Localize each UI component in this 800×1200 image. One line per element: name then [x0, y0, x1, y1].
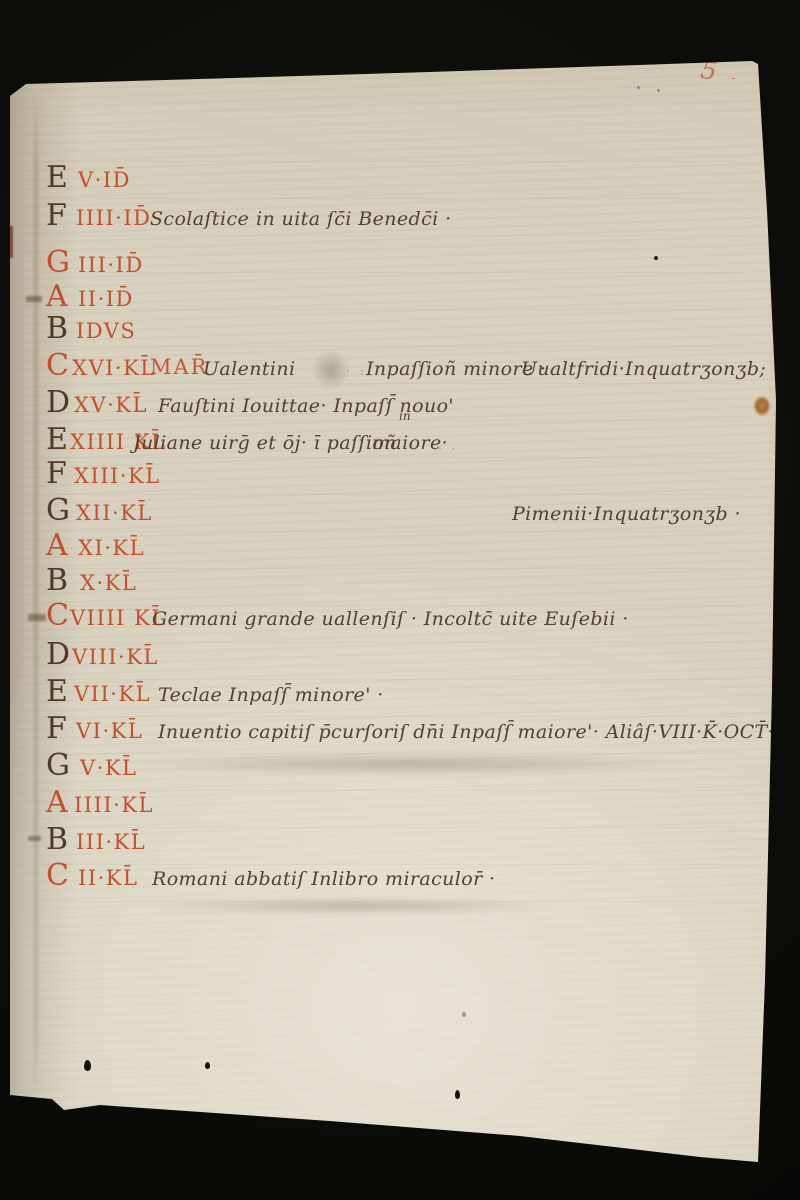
dominical-letter: G — [46, 247, 70, 279]
ink-stain — [750, 392, 774, 420]
dominical-letter: D — [46, 639, 70, 671]
dominical-letter: A — [46, 281, 68, 313]
dominical-letter: F — [46, 713, 67, 745]
binding-edge — [0, 226, 13, 258]
calendar-row: BX·KL̄ — [0, 565, 800, 602]
date-numeral: VIII·KL̄ — [72, 645, 159, 669]
sewing-mark — [26, 296, 42, 302]
dominical-letter: F — [46, 200, 67, 232]
calendar-row: EV·ID̄ — [0, 162, 800, 199]
parchment-hole — [657, 89, 660, 92]
date-numeral: IIII·KL̄ — [74, 793, 154, 817]
dominical-letter: G — [46, 750, 70, 782]
date-numeral: X·KL̄ — [80, 571, 137, 595]
binding-edge — [0, 72, 9, 96]
date-numeral: XIII·KL̄ — [74, 464, 161, 488]
calendar-row: FVI·KL̄Inuentio capitiſ p̄curſoriſ dn̄i … — [0, 713, 800, 750]
calendar-row: CVIIII KL̄Germani grande uallenſiſ · Inc… — [0, 600, 800, 637]
entry-text: Scolaſtice — [150, 208, 249, 230]
date-numeral: V·ID̄ — [78, 168, 131, 192]
calendar-row: BIII·KL̄ — [0, 824, 800, 861]
date-numeral: XVI·KL̄ — [72, 356, 156, 380]
dominical-letter: B — [46, 313, 68, 345]
calendar-row: BIDVS — [0, 313, 800, 350]
parchment-hole — [637, 86, 640, 89]
date-numeral: V·KL̄ — [80, 756, 137, 780]
entry-text: maiore· — [372, 432, 448, 454]
under-leaf-edge — [0, 1094, 11, 1140]
interlinear-superscript: in — [399, 409, 411, 423]
dominical-letter: A — [46, 787, 68, 819]
photo-background: EV·ID̄FIIII·ID̄Scolaſticein uita ſc̄i Be… — [0, 0, 800, 1200]
entry-text: Romani abbatiſ Inlibro miraculor̄ · — [152, 868, 495, 890]
dominical-letter: A — [46, 530, 68, 562]
date-numeral: II·ID̄ — [78, 287, 134, 311]
date-numeral: IDVS — [76, 319, 136, 343]
erasure-smudge — [150, 897, 560, 915]
date-numeral: III·KL̄ — [76, 830, 146, 854]
entry-text: Inuentio capitiſ p̄curſoriſ dn̄i Inpaſſ̄… — [158, 721, 774, 743]
parchment-hole — [462, 1012, 466, 1017]
erasure-smudge — [130, 752, 695, 776]
dominical-letter: E — [46, 162, 68, 194]
calendar-row: CXVI·KL̄MAR̄UalentiniInpaſſioñ minore ·U… — [0, 350, 800, 387]
entry-text: Pimenii·Inquatrʒonʒb · — [512, 503, 741, 525]
date-numeral: VII·KL̄ — [74, 682, 151, 706]
calendar-row: FXIII·KL̄ — [0, 458, 800, 495]
dominical-letter: C — [46, 600, 69, 632]
faded-dots: · : — [346, 364, 367, 378]
date-numeral: II·KL̄ — [78, 866, 138, 890]
folio-dash-mark: - — [731, 70, 736, 86]
folio-number: 5 — [699, 55, 719, 86]
calendar-row: DVIII·KL̄ — [0, 639, 800, 676]
dominical-letter: C — [46, 350, 69, 382]
date-numeral: III·ID̄ — [78, 253, 144, 277]
entry-text: Germani grande uallenſiſ · Incoltc̄ uite… — [152, 608, 629, 630]
calendar-row: CII·KL̄Romani abbatiſ Inlibro miraculor̄… — [0, 860, 800, 897]
entry-text: Uualtfridi·Inquatrʒonʒb; — [521, 358, 766, 380]
entry-text: Juliane uirḡ et ōj· ī paſſioñ — [133, 432, 397, 454]
dominical-letter: G — [46, 495, 70, 527]
parchment-hole — [654, 256, 658, 260]
date-numeral: XI·KL̄ — [78, 536, 145, 560]
sewing-mark — [28, 836, 41, 841]
parchment-page: EV·ID̄FIIII·ID̄Scolaſticein uita ſc̄i Be… — [0, 0, 800, 1200]
dominical-letter: D — [46, 387, 70, 419]
date-numeral: IIII·ID̄ — [76, 206, 152, 230]
dominical-letter: F — [46, 458, 67, 490]
entry-text: MAR̄ — [150, 356, 208, 378]
date-numeral: XII·KL̄ — [76, 501, 153, 525]
calendar-row: AXI·KL̄ — [0, 530, 800, 567]
calendar-row: GIII·ID̄ — [0, 247, 800, 284]
ink-smudge — [312, 350, 350, 390]
margin-pen-mark: ſ· — [2, 586, 10, 600]
parchment-hole — [84, 1060, 91, 1071]
calendar-row: EVII·KL̄Teclae Inpaſſ̄ minore' · — [0, 676, 800, 713]
parchment-hole — [205, 1062, 210, 1069]
entry-text: Ualentini — [203, 358, 296, 380]
dominical-letter: B — [46, 824, 68, 856]
dominical-letter: C — [46, 860, 69, 892]
margin-pen-mark: I — [0, 832, 5, 846]
date-numeral: XV·KL̄ — [74, 393, 148, 417]
faded-dots: · · — [438, 442, 458, 456]
dominical-letter: E — [46, 424, 68, 456]
calendar-row: GXII·KL̄Pimenii·Inquatrʒonʒb · — [0, 495, 800, 532]
dominical-letter: B — [46, 565, 68, 597]
entry-text: in uita ſc̄i Benedc̄i · — [256, 208, 452, 230]
sewing-mark — [28, 614, 46, 621]
entry-text: Inpaſſioñ minore · — [366, 358, 546, 380]
date-numeral: VI·KL̄ — [76, 719, 143, 743]
calendar-row: EXIIII KL̄Juliane uirḡ et ōj· ī paſſioñm… — [0, 424, 800, 461]
calendar-row: AIIII·KL̄ — [0, 787, 800, 824]
parchment-hole — [455, 1090, 460, 1099]
calendar-row: FIIII·ID̄Scolaſticein uita ſc̄i Benedc̄i… — [0, 200, 800, 237]
dominical-letter: E — [46, 676, 68, 708]
entry-text: Teclae Inpaſſ̄ minore' · — [158, 684, 384, 706]
